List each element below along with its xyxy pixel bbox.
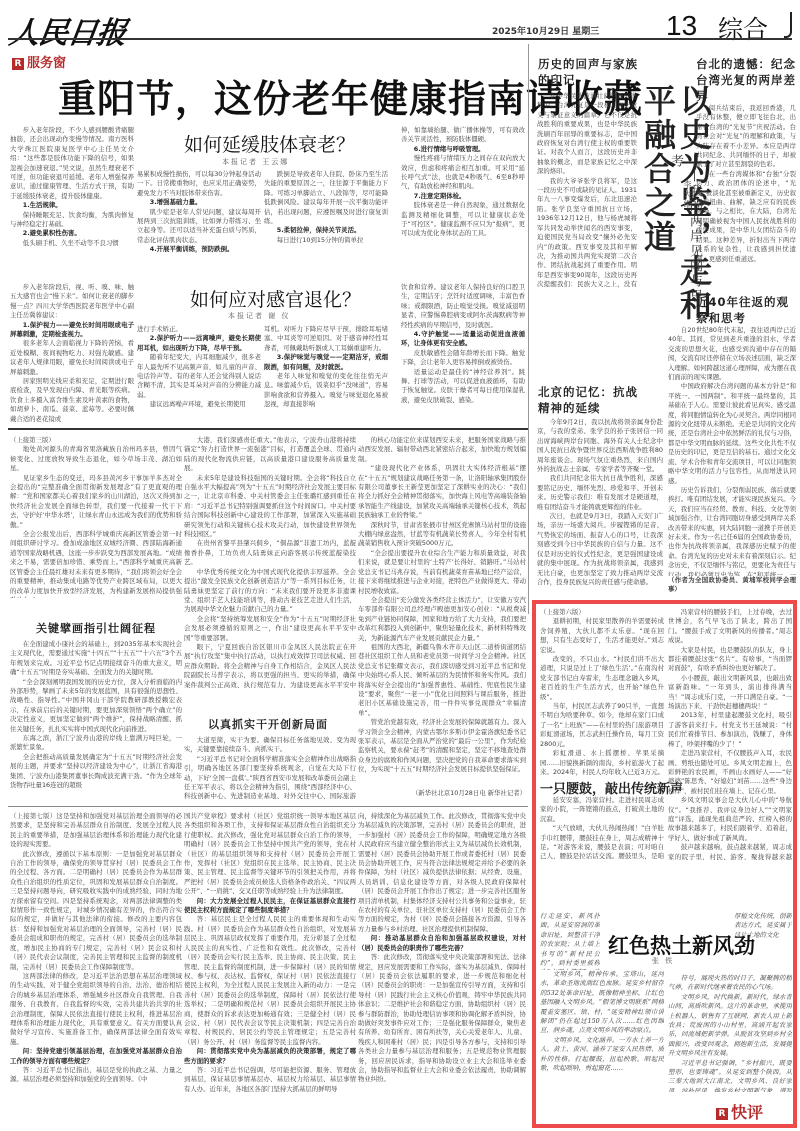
paragraph: 1.生活规律。 [10,201,134,210]
paragraph: 全会将“坚持统筹发展和安全”作为“十五五”时期经济社会发展必须遵循的原则之一，作… [184,615,356,643]
paragraph: 3.保护味觉与嗅觉——定期洁牙，戒烟限酒，如有问题，及时就医。 [264,353,388,372]
paragraph: 文明乡风，时代焕新。新时代，绿水青山间，高质吹新风。这片的革命里，承揽用上机器人… [668,993,792,1059]
paragraph: 我们共同纪念伟大抗日战争胜利，深感要铭记历史、缅怀先烈、珍爱和平、开创未来。历史… [537,474,663,512]
paragraph: 鼓声越来越响，鼓点越来越紧，周志成家的院子里，村民、游客，聚拢得越来越多，属于冯… [668,843,792,860]
plenum-col3: 的核心功能定位来谋划西安未来，把服务国家战略与推动西安发展、辐射带动西北紧密结合… [358,436,526,796]
paragraph: “建设现代化产业体系，巩固壮大实体经济根基”摆在“十五五”规划建议战略任务第一条… [358,464,526,520]
paragraph: 走进冯家营村，不仅腰鼓声入耳，农民画、剪纸也随处可见。乡风文明走廊上，色彩鲜艳的… [668,749,792,796]
paragraph: 答：基层民主是全过程人民民主的重要体现和生动实践。村（居）民委员会作为基层群众性… [184,915,356,1047]
cs-sec1-body: 在中华民族波澜壮阔的历史进程中，台湾光复是一段极具历史意义与象征意义的篇章。它不… [537,92,637,290]
paragraph: 3.增强基础力量。 [137,198,261,207]
paragraph: 适量运动是最佳的“神经营养剂”。跳舞、打球等活动，可以促进血液循环，有助于恢复触… [401,368,525,406]
paragraph: 耳机。对听力下降应尽早干预，排除耳垢堵塞、中耳炎等可逆原因。对于感音神经性耳聋者… [264,325,388,353]
paragraph: 伸，如靠墙抬腿、做广播体操等，可有效改善关节灵活性，预防肢体僵硬。 [401,126,525,145]
header-rule [8,38,792,40]
plenum-sub1-title: 关键擘画指引壮阔征程 [36,620,156,636]
village-col1: （上接第六版）退耕初期，村民家里散养的羊需要转成舍饲养殖，大伙儿都不太乐意。“现… [540,608,664,776]
article1-col1: 步入老年阶段，不少人感到腰酸背痛腿抽筋，还会出现动作变慢等情况。南方医科大学珠江… [10,126,134,276]
paragraph: 保持睡眠充足、饮食均衡，为肌肉修复与神经稳定打基础。 [10,211,134,230]
cs-sec2-title: 北京的记忆：抗战精神的延续 [538,384,638,416]
commentary-byline: 张 铁 [652,956,674,966]
paragraph: 自20世纪80年代末起，我往返两岸已近40年。其间，常见到老兵重逢的泪水、学者交… [668,326,796,382]
paragraph: 问：推动基层群众自治和加强基层政权建设，对村（居）民委员会的职责作了哪些完善？ [358,934,526,953]
paragraph: 当年，村民匡志武养了90只羊，一直想不明白为啥要种草。如今，他却在家门口成了一名… [540,702,664,749]
paragraph: 国共产党章程》要求村（社区）党组织统一领导本地区基层各类组织和各项工作，支持和保… [184,812,356,897]
cs-sec3-body: 阅兵结束后，我返回香港，几乎没有休整，便立即飞往台北，出席在台湾的“光复节”庆祝… [696,104,796,284]
plenum-dateline: （新华社北京10月28日电 新华社记者） [380,789,526,799]
article1-byline: 本报记者 王云娜 [222,157,289,167]
paragraph: 未来5年是建设科技强国的关键时期。全会将“科技自立自强水平大幅提高”列为“十五五… [184,474,356,540]
paragraph: 全会提出“充分激发各类经营主体活力”，让安徽万安汽车零部件有限公司总经理卢殿德更… [358,596,526,643]
masthead-logo: 人民日报 [7,8,129,52]
paragraph: 次日，也就是9月3日，我踏入天安门广场，亲历一场盛大阅兵。步履铿锵的足音、气势恢… [537,512,663,587]
paragraph: 4.守护触觉——适量运动促进血液循环，让身体更有安全感。 [401,330,525,349]
commentary-right-body: 符号，展现火热的时日子，凝聚腾的精气神，在新时代继承着农民的心气场。文明乡风，时… [668,974,792,1092]
paragraph: 大港，我们深感责任重大。”他表示，宁波舟山港将持续锚定“努力打造世界一流强港”目… [184,436,356,474]
paragraph: 饮食和营养。建议老年人保持良好的口腔卫生，定期洁牙；烹饪时适度调味，丰富色香味；… [401,283,525,330]
paragraph: “天气放晴，大伙儿热闹热闹！”白羊肚手巾红腰带，腰鼓挂在身上，周志成精神十足。“… [540,824,664,860]
page-section: 综合 [718,10,768,46]
paragraph: 东海之滨，浙江宁波舟山港的岸线上靠满万吨巨轮，一派繁忙景象。 [10,734,182,753]
article1-col4: 伸，如靠墙抬腿、做广播体操等，可有效改善关节灵活性，预防肢体僵硬。6.进行情绪与… [401,126,525,276]
paragraph: 大道至简，实干为要。确保目标任务落地见效、变为现实，关键要靠接续奋斗、真抓实干。 [184,736,356,755]
paragraph: “习近平总书记对全面科学精准落实全会精神作出战略指引，明确各地区各部门要坚持系统… [184,755,356,802]
paragraph: 祖国的大西北，新疆乌鲁木齐市天山区二道桥街道团结巷社区组织工作人员和老党员第一时… [358,643,526,718]
paragraph: 问：大力发展全过程人民民主，在保证基层群众直接行使民主权利方面规定了哪些制度举措… [184,897,356,916]
paragraph: 习近平总书记强调，“乡村振兴，既要塑形，也要铸魂”。从延安到整个陕西，从三秦大地… [668,1059,792,1092]
r-badge-icon: R [12,58,24,70]
paragraph: 跌倒是导致老年人住院、卧床乃至生活失能的重要原因之一，往往源于平衡能力下降。可练… [264,170,388,226]
paragraph: 历史告诉我们，分裂削弱民族、落后就要挨打。唯有团结发展，才能实现民族复兴。今天，… [668,486,796,576]
paragraph: 皮肤敏感性会随年龄增长而下降。触觉下降，会让老年人更容易摔倒或被烫伤。 [401,349,525,368]
article2-col4: 饮食和营养。建议老年人保持良好的口腔卫生，定期洁牙；烹饪时适度调味，丰富色香味；… [401,283,525,423]
paragraph: 慢性疼痛与情绪压力之间存在双向放大效应，焦虑和疼痛会相互加重。可采用“延长呼气式… [401,154,525,192]
paragraph: 全会公报发出后，西部科学城重庆高新区管委会第一时间组织研讨学习。叠加成渝地区双城… [10,530,182,598]
health-bottom-rule [8,428,528,430]
commentary-left-poem: 行走延安，新风扑面。从延安窑洞的革命旧址，到整洁干净的农家院；从土墙上书写的“新… [540,912,600,970]
paragraph: 延安安塞，冯家营村。走进村民周志成家的小院，一阵铿锵的鼓点，打破黄土地的沉寂。 [540,796,664,824]
kuaiping-text: 快评 [731,1103,763,1122]
page-bracket-decoration [784,12,792,38]
paragraph: 易累积成慢性损伤，可以每30分钟起身活动一下。日常搬重物时，也应采用正确姿势，避… [137,170,261,198]
paragraph: 低头刷手机、久坐不动等不良习惯 [10,239,134,248]
article2-col1: 步入老年阶段后，视、听、嗅、味、触五大感官也会“慢下来”。如何让衰老的脚步慢一点… [10,283,134,423]
cs-sec4-body: 自20世纪80年代末起，我往返两岸已近40年。其间，常见到老兵重逢的泪水、学者交… [668,326,796,576]
paragraph: 2.保护听力——远离噪声，避免长期使用耳机，如出现听力下降，尽早干预。 [137,334,261,353]
paragraph: 我的大爷爷张学良将军，是这一段历史不可或缺的见证人。1931年九一八事变爆发后，… [537,177,637,290]
paragraph: 眼下，宁夏回族自治区银川市金凤区人民法院正在开展“执行攻坚”集中执行活动，以执行… [184,643,356,688]
paragraph: 进行手术矫正。 [137,325,261,334]
paragraph: 随着年纪变大，内耳细胞减少，很多老年人最先听不见高频声音，如儿童的声音、电话铃声… [137,353,261,400]
column-divider [528,44,529,614]
commentary-right-poem: 厚植文化传统，创新表达方式，延安属于这片土地的文化 [734,912,792,974]
plenum-sub1-body: 在全面建成小康社会的基础上，到2035年基本实现社会主义现代化，需要通过实施“十… [10,640,182,802]
commentary-left-body: 文明乡风，精神传承。宝塔山，延河水，革命圣地流淌红色血脉。延安乡村留存的532处… [540,970,664,1122]
paragraph: 管党治党越有效，经济社会发展的保障就越有力。深入学习领会全会精神，内蒙古鄂尔多斯… [358,718,526,774]
paragraph: 老年人味觉和嗅觉的变化往往悄无声息。味蕾减少后，饭菜似乎“没味道”，容易影响食欲… [264,372,388,410]
plenum-sub2-body: 大道至简，实干为要。确保目标任务落地见效、变为现实，关键要靠接续奋斗、真抓实干。… [184,736,356,802]
paragraph: 肌少症是老年人常见问题，建议每周开展两到三次抗阻训练，比如弹力带练习、坐立起身等… [137,208,261,246]
paragraph: 步入老年阶段后，视、听、嗅、味、触五大感官也会“慢下来”。如何让衰老的脚步慢一点… [10,283,134,321]
paragraph: “全会深刻阐明我国发展的历史方位，深入分析面临的内外部形势，擘画了未来5年的发展… [10,678,182,734]
cs-sec4-title: 近40年往返的观察和思考 [696,294,796,326]
village-col2: 冯家营村的腰鼓手们，上过春晚，去过世博会，名气早飞出了陕北，跨出了国门。“腰鼓手… [668,608,792,860]
paragraph: 很多老年人会面临视力下降的苦恼，看近处模糊、夜间视物吃力、对强光敏感。建议老年人… [10,339,134,377]
paragraph: 问：贯彻落实党中央为基层减负的决策部署，规定了哪些方面的要求？ [184,1047,356,1066]
paragraph: 肢体衰老是一种自然现象，通过数据化监测及精细化调整，可以让健康状态处于“可控区”… [401,201,525,239]
paragraph: 每日进行10到15分钟的简单拉 [264,236,388,245]
paragraph: 的核心功能定位来谋划西安未来，把服务国家战略与推动西安发展、辐射带动西北紧密结合… [358,436,526,464]
paragraph: 此次修改，遵循以下基本原则：一是加强党对基层群众自治工作的领导，确保党的领导贯穿… [10,850,182,972]
paragraph: 4.开展平衡训练，预防跌倒。 [137,245,261,254]
paragraph: 符号，展现火热的时日子，凝聚腾的精气神，在新时代继承着农民的心气场。 [668,974,792,993]
paragraph: 答：习近平总书记指出，基层是党的执政之基、力量之源。基层治理必须坚持和加强党的全… [10,1066,182,1085]
cs-footnote: （作者为全国政协委员、黄埔军校同学会理事） [668,576,796,596]
paragraph: 大家是村民，也是腰鼓队的队友，身上都挂着腰鼓这张“名片”。有啥事，“当面锣对面鼓… [668,646,792,674]
paragraph: 在一些台湾媒体和“台独”分裂势力、政治团体的论述中，“光复”被淡化甚至被重新定义… [696,170,796,264]
cs-sec3-title: 台北的遗憾：纪念台湾光复的两岸差异 [696,56,796,104]
article1-col2: 易累积成慢性损伤，可以每30分钟起身活动一下。日常搬重物时，也应采用正确姿势，避… [137,170,261,270]
law-col3: 向，持续深化为基层减负工作。此次修改，贯彻落实党中央为基层减负的决策部署，完善村… [358,812,526,1124]
paragraph: “全会提出要提升农业综合生产能力和质量效益，对我们来说，就是要让村里的‘土特产’… [358,549,526,596]
paragraph: 6.进行情绪与呼吸管理。 [401,145,525,154]
r-badge-icon: R [716,1108,728,1120]
paragraph: 1.保护视力——避免长时间用眼或电子屏幕刺激，定期检查视力。 [10,321,134,340]
paragraph: 答：习近平总书记强调，尽可能把资源、服务、管理放到基层，保证基层事情基层办、基层… [184,1066,356,1094]
village-subtitle: 一只腰鼓，敲出传统新声 [540,778,683,797]
paragraph: 文明乡风，精神传承。宝塔山，延河水，革命圣地流淌红色血脉。延安乡村留存的532处… [540,970,664,1036]
paragraph: 2.避免累积性伤害。 [10,229,134,238]
paragraph: 彩虹滑道、水上摇摆桥、苹果采摘园……旧貌换新颜的南沟，乡村旅游火了起来。2024… [540,749,664,776]
article2-col3: 耳机。对听力下降应尽早干预，排除耳垢堵塞、中耳炎等可逆原因。对于感音神经性耳聋者… [264,325,388,423]
paragraph: 地处黄河源头的青海省果洛藏族自治州玛多县，曾因气候变化、过度放牧导致生态退化，如… [10,445,182,473]
paragraph: 文明乡风，文化涵养。一方水土养一方人。黄土、黄河、涵养了延安人民热情、质朴的性格… [540,1036,664,1074]
commentary-title: 红色热土新风劲 [608,930,755,960]
paragraph: （上接第六版） [540,608,664,617]
plenum-col2-top: 大港，我们深感责任重大。”他表示，宁波舟山港将持续锚定“努力打造世界一流强港”目… [184,436,356,688]
village-col1b: 延安安塞，冯家营村。走进村民周志成家的小院，一阵铿锵的鼓点，打破黄土地的沉寂。“… [540,796,664,860]
law-col1: （上接第七版）这是坚持和加强党对基层治理全面领导的必然要求，是坚持和完善基层群众… [10,812,182,1124]
paragraph: （上接第七版）这是坚持和加强党对基层治理全面领导的必然要求，是坚持和完善基层群众… [10,812,182,850]
plenum-bottom-rule [8,806,528,807]
paragraph: 冯家营村的腰鼓手们，上过春晚，去过世博会，名气早飞出了陕北，跨出了国门。“腰鼓手… [668,608,792,646]
paragraph: 今年9月2日，我以抗战将领亲属身份赴京，与我的堂弟、张学良的孙子张居信一同出席海… [537,418,663,474]
cs-author: 李大维 [682,180,693,230]
paragraph: 5.柔韧拉伸，保持关节灵活。 [264,226,388,235]
paragraph: 向，持续深化为基层减负工作。此次修改，贯彻落实党中央为基层减负的决策部署，完善村… [358,812,526,934]
article2-title: 如何应对感官退化？ [190,285,361,312]
paragraph: 深秋时节，甘肃省张掖市甘州区党寨镇马站村里的设施大棚内绿意盎然，甘蓝等有机蔬菜长… [358,521,526,549]
law-col2: 国共产党章程》要求村（社区）党组织统一领导本地区基层各类组织和各项工作，支持和保… [184,812,356,1124]
kuaiping-label: R快评 [716,1100,763,1123]
paragraph: 中国政府解决台湾问题的基本方针是“和平统一、一国两制”。和平统一最终靠的，其基础… [668,382,796,485]
paragraph: 建议远离噪声环境，避免长期使用 [137,400,261,409]
paragraph: 全会把推动高质量发展确定为“十五五”时期经济社会发展的主题，并要求“坚持以经济建… [10,753,182,791]
paragraph: 改变的，不只山水。“村民们讲不出大道理，只说是过上了‘绿色生活’。”在南沟村党支… [540,655,664,702]
paragraph: 这两部法律的修改，是习近平法治思想在基层治理领域的生动实践，对于健全党组织领导的… [10,972,182,1047]
paragraph: 答：此次修改，贯彻落实党中央决策部署和宪法、法律规定，回应发展需要和工作实际，落… [358,953,526,1085]
paragraph: 在全面建成小康社会的基础上，到2035年基本实现社会主义现代化，需要通过实施“十… [10,640,182,678]
paragraph: 阅兵结束后，我返回香港，几乎没有休整，便立即飞往台北，出席在台湾的“光复节”庆祝… [696,104,796,170]
paragraph: 在贵州省黎平县肇兴侗乡，“侗品源”非遗工坊内，蓝靛像香扑鼻，工坊负责人陆勇妹正向… [184,539,356,567]
article1-title: 如何延缓肢体衰老？ [184,130,355,157]
plenum-sub2-title: 以真抓实干开创新局面 [208,716,328,732]
article1-col3: 跌倒是导致老年人住院、卧床乃至生活失能的重要原因之一，往往源于平衡能力下降。可练… [264,170,388,270]
paragraph: 乡风文明议事会是大伙儿心中的“导航仪”。“我推荐、我评议身边好人”“文明家庭”评… [668,796,792,843]
article2-byline: 本报记者 谢 仪 [228,311,290,321]
paragraph: 在中华民族波澜壮阔的历史进程中，台湾光复是一段极具历史意义与象征意义的篇章。它不… [537,92,637,177]
paragraph: 问：坚持党建引领基层治理，在加强党对基层群众自治工作的领导方面有哪些规定？ [10,1047,182,1066]
paragraph: 中华优秀传统文化为中国式现代化提供丰厚滋养。全会提出“激发全民族文化创新创造活力… [184,568,356,615]
paragraph: 退耕初期，村民家里散养的羊需要转成舍饲养殖，大伙儿都不太乐意。“现在回想，只有生… [540,617,664,655]
article2-col2: 进行手术矫正。2.保护听力——远离噪声，避免长期使用耳机，如出现听力下降，尽早干… [137,325,261,423]
paragraph: 7.注意定期体检。 [401,192,525,201]
paragraph: （上接第三版） [10,436,182,445]
paragraph: 居家照明光线应柔和充足，定期进行眼底检查，及早发现白内障、青光眼等疾病。饮食上多… [10,377,134,423]
cs-sec1-title: 历史的回声与家族的印记 [538,56,638,88]
plenum-col1-top: （上接第三版）地处黄河源头的青海省果洛藏族自治州玛多县，曾因气候变化、过度放牧导… [10,436,182,598]
issue-date: 2025年10月29日 星期三 [492,24,599,37]
cs-sec2-body: 今年9月2日，我以抗战将领亲属身份赴京，与我的堂弟、张学良的孙子张居信一同出席海… [537,418,663,596]
paragraph: 步入老年阶段，不少人感到腰酸背痛腿抽筋，还会出现动作变慢等情况。南方医科大学珠江… [10,126,134,201]
paragraph: 见证家乡生态的变迁，玛多县黄河乡干事加羊多杰对全会提出的“完整准确全面贯彻新发展… [10,474,182,530]
paragraph: 小小腰鼓，敲出文明新风景，也敲出致富新韵味。“一年到头，演出排得满当当！”周志成… [668,674,792,712]
paragraph: 2013年，村里建起腰鼓文化村，吸引了游客前来打卡。村党支书王延城说：“村民们忙… [668,711,792,749]
